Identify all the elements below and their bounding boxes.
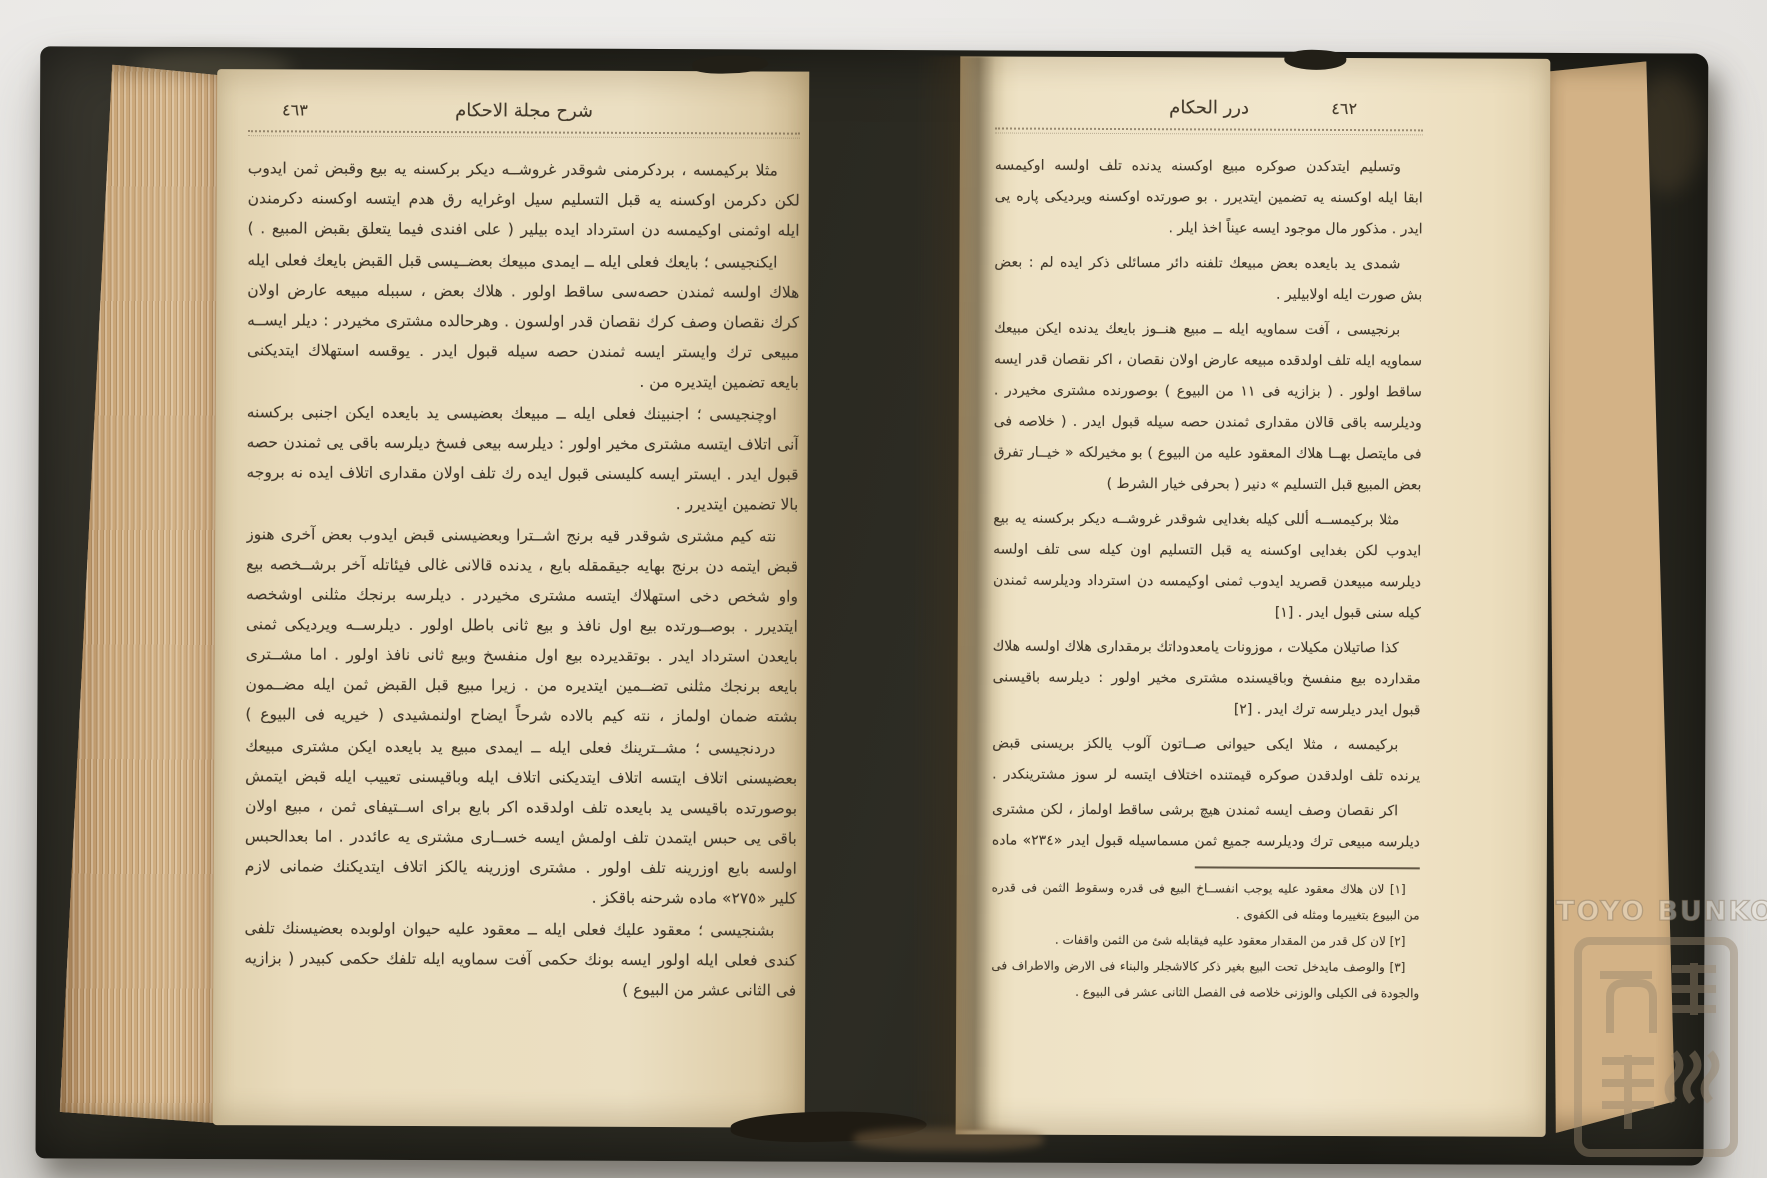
text-line: ايتديرر . بوصــورتده بيع اول نافذ و بيع …	[246, 609, 798, 641]
right-page-number: ٤٦٢	[1331, 92, 1357, 126]
text-line: ايدر . مذكور مال موجود ايسه عيناً اخذ اي…	[995, 212, 1423, 245]
right-page-body: وتسليم ايتدكدن صوكره مبيع اوكسنه يدنده ت…	[991, 150, 1423, 1006]
text-line: سماويه ايله تلف اولدقده مبيعه عارض اولان…	[994, 344, 1422, 377]
text-line: بايعه تضمين ايتديره من .	[247, 365, 799, 397]
text-line: قبول ايدر ديلرسه ترك ايدر . [٢]	[992, 693, 1420, 726]
footnote-separator	[1195, 866, 1420, 869]
text-line: بعض المبيع قبل التسليم » دنير ( بحرفى خي…	[993, 468, 1421, 501]
text-line: قبول ايدر . ايستر ايسه كليسنى قبول ايده …	[246, 457, 798, 489]
right-page-title: درر الحكام	[995, 90, 1423, 126]
text-line: كندى فعلى ايله اولور ايسه بونك حكمى آفت …	[244, 943, 796, 975]
text-line: ديلرسه مبيعى ترك وديلرسه جميع ثمن مسماسي…	[992, 825, 1420, 858]
text-line: ايكنجيسى ؛ بايعك فعلى ايله ــ ايمدى مبيع…	[247, 245, 799, 277]
left-page-body: مثلا بركيمسه ، بردكرمنى شوقدر غروشــه دي…	[244, 153, 800, 1005]
text-line: بشنجيسى ؛ معقود عليك فعلى ايله ــ معقود …	[244, 913, 796, 945]
footnotes: [١] لان هلاك معقود عليه يوجب انفســاخ ال…	[991, 874, 1420, 1006]
text-line: ديلرسه مبيعدن قصريد ايدوب ثمنى اوكيمسه د…	[993, 565, 1421, 598]
text-line: بشته ضمان اولماز ، نته كيم بالاده شرحاً …	[245, 699, 797, 731]
text-line: هلاك اولسه ثمندن حصه‌سى ساقط اولور . هلا…	[247, 275, 799, 307]
text-line: آنى اتلاف ايتسه مشترى مخير اولور : ديلرس…	[247, 427, 799, 459]
text-line: يرنده تلف اولدقدن صوكره قيمتنده اختلاف ا…	[992, 759, 1420, 792]
paragraph: اكر نقصان وصف ايسه ثمندن هيچ برشى ساقط ا…	[992, 794, 1420, 858]
text-line: بوصورتده باقيسى يد بايعده تلف اولدقده اك…	[245, 791, 797, 823]
text-line: بعضيسنى اتلاف ايتسه اتلاف ايتديكنى اتلاف…	[245, 761, 797, 793]
paragraph: دردنجيسى ؛ مشــترينك فعلى ايله ــ ايمدى …	[245, 731, 798, 913]
text-line: كرك نقصان وصف كرك نقصان قدر اولسون . وهر…	[247, 305, 799, 337]
footnote-line: [٣] والوصف مايدخل تحت البيع بغير ذكر كال…	[991, 952, 1419, 980]
text-line: اوچنجيسى ؛ اجنبينك فعلى ايله ــ مبيعك بع…	[247, 397, 799, 429]
text-line: ايله اوثمنى اوكيمسه دن استرداد ايده بيلي…	[248, 213, 800, 245]
paragraph: شمدى يد بايعده بعض مبيعك تلفنه دائر مسائ…	[994, 247, 1422, 311]
paragraph: كذا صاتيلان مكيلات ، موزونات يامعدوداتك …	[992, 631, 1420, 726]
paragraph: بشنجيسى ؛ معقود عليك فعلى ايله ــ معقود …	[244, 913, 796, 1005]
text-line: بش صورت ايله اولابيلير .	[994, 278, 1422, 311]
paragraph: اوچنجيسى ؛ اجنبينك فعلى ايله ــ مبيعك بع…	[246, 397, 799, 519]
left-page-header: ٤٦٣ شرح مجلة الاحكام	[248, 93, 800, 129]
text-line: باقى يى حبس ايتمدن تلف اولمش ايسه خســار…	[245, 821, 797, 853]
text-line: واو شخص دخى استهلاك ايتسه مشترى مخيردر .…	[246, 579, 798, 611]
text-line: ايدوب لكن بغدايى اوكسنه يه قبل التسليم ا…	[993, 534, 1421, 567]
header-rule	[248, 130, 800, 138]
text-line: مثلا بركيمسه ، بردكرمنى شوقدر غروشــه دي…	[248, 153, 800, 185]
text-line: برنجيسى ، آفت سماويه ايله ــ مبيع هنــوز…	[994, 313, 1422, 346]
text-line: بايعدن استرداد ايدر . بوتقديرده بيع اول …	[246, 639, 798, 671]
paragraph: ايكنجيسى ؛ بايعك فعلى ايله ــ ايمدى مبيع…	[247, 245, 800, 397]
text-line: نته كيم مشترى شوقدر قيه برنج اشــترا وبع…	[246, 519, 798, 551]
text-line: شمدى يد بايعده بعض مبيعك تلفنه دائر مسائ…	[994, 247, 1422, 280]
paragraph: مثلا بركيمســه أللى كيله بغدايى شوقدر غر…	[993, 503, 1422, 629]
text-line: ابقا ايله اوكسنه يه تضمين ايتديرر . بو ص…	[995, 181, 1423, 214]
text-line: بالا تضمين ايتديرر .	[246, 487, 798, 519]
text-line: بركيمسه ، مثلا ايكى حيوانى صــاتون آلوب …	[992, 728, 1420, 761]
text-line: دردنجيسى ؛ مشــترينك فعلى ايله ــ ايمدى …	[245, 731, 797, 763]
text-line: اولسه بايع اوزرينه تلف اولور . مشترى اوز…	[245, 851, 797, 883]
left-page-title: شرح مجلة الاحكام	[248, 93, 800, 129]
text-line: كذا صاتيلان مكيلات ، موزونات يامعدوداتك …	[993, 631, 1421, 664]
text-line: مبيعى ترك وايستر ايسه ثمندن حصه سيله قبو…	[247, 335, 799, 367]
text-line: اكر نقصان وصف ايسه ثمندن هيچ برشى ساقط ا…	[992, 794, 1420, 827]
text-line: قبض ايتمه دن برنج بهايه جيقمقله بايع ، ي…	[246, 549, 798, 581]
text-line: كيله سنى قبول ايدر . [١]	[993, 596, 1421, 629]
book: ٤٦٣ شرح مجلة الاحكام مثلا بركيمسه ، بردك…	[0, 0, 1767, 1178]
right-page-header: ٤٦٢ درر الحكام	[995, 90, 1423, 126]
text-line: وتسليم ايتدكدن صوكره مبيع اوكسنه يدنده ت…	[995, 150, 1423, 183]
header-rule	[995, 127, 1423, 135]
text-line: لكن دكرمن اوكسنه يه قبل التسليم سيل اوغر…	[248, 183, 800, 215]
footnote-line: [١] لان هلاك معقود عليه يوجب انفســاخ ال…	[992, 874, 1420, 902]
text-line: مثلا بركيمســه أللى كيله بغدايى شوقدر غر…	[993, 503, 1421, 536]
text-line: وديلرسه باقى قالان مقدارى ثمندن حصه سيله…	[994, 406, 1422, 439]
text-line: بايعه برنجك مثلنى تضــمين ايتديره من . ز…	[246, 669, 798, 701]
paragraph: وتسليم ايتدكدن صوكره مبيع اوكسنه يدنده ت…	[995, 150, 1423, 245]
paragraph: بركيمسه ، مثلا ايكى حيوانى صــاتون آلوب …	[992, 728, 1420, 792]
text-line: فى مايتصل بهــا هلاك المعقود عليه من الب…	[994, 437, 1422, 470]
footnote-line: [٢] لان كل قدر من المقدار معقود عليه فيق…	[991, 926, 1419, 954]
paragraph: نته كيم مشترى شوقدر قيه برنج اشــترا وبع…	[245, 519, 798, 731]
footnote-line: والجودة فى الكيلى والوزنى خلاصه فى الفصل…	[991, 978, 1419, 1006]
text-line: فى الثانى عشر من البيوع )	[244, 973, 796, 1005]
footnote-line: من البيوع بتغييرما ومثله فى الكفوى .	[992, 900, 1420, 928]
cover-wear-mark	[854, 1128, 1044, 1151]
paragraph: برنجيسى ، آفت سماويه ايله ــ مبيع هنــوز…	[993, 313, 1422, 501]
left-page-number: ٤٦٣	[282, 93, 308, 127]
text-line: كلير «٢٧٥» ماده شرحنه باقكز .	[245, 881, 797, 913]
paragraph: مثلا بركيمسه ، بردكرمنى شوقدر غروشــه دي…	[248, 153, 800, 245]
book-photo: ٤٦٣ شرح مجلة الاحكام مثلا بركيمسه ، بردك…	[0, 0, 1767, 1178]
text-line: مقدارده بيع منفسخ وباقيسنده مشترى مخير ا…	[993, 662, 1421, 695]
text-line: ساقط اولور . ( بزازيه فى ١١ من البيوع ) …	[994, 375, 1422, 408]
left-page-text: ٤٦٣ شرح مجلة الاحكام مثلا بركيمسه ، بردك…	[244, 93, 800, 1007]
right-page-text: ٤٦٢ درر الحكام وتسليم ايتدكدن صوكره مبيع…	[991, 90, 1423, 1006]
